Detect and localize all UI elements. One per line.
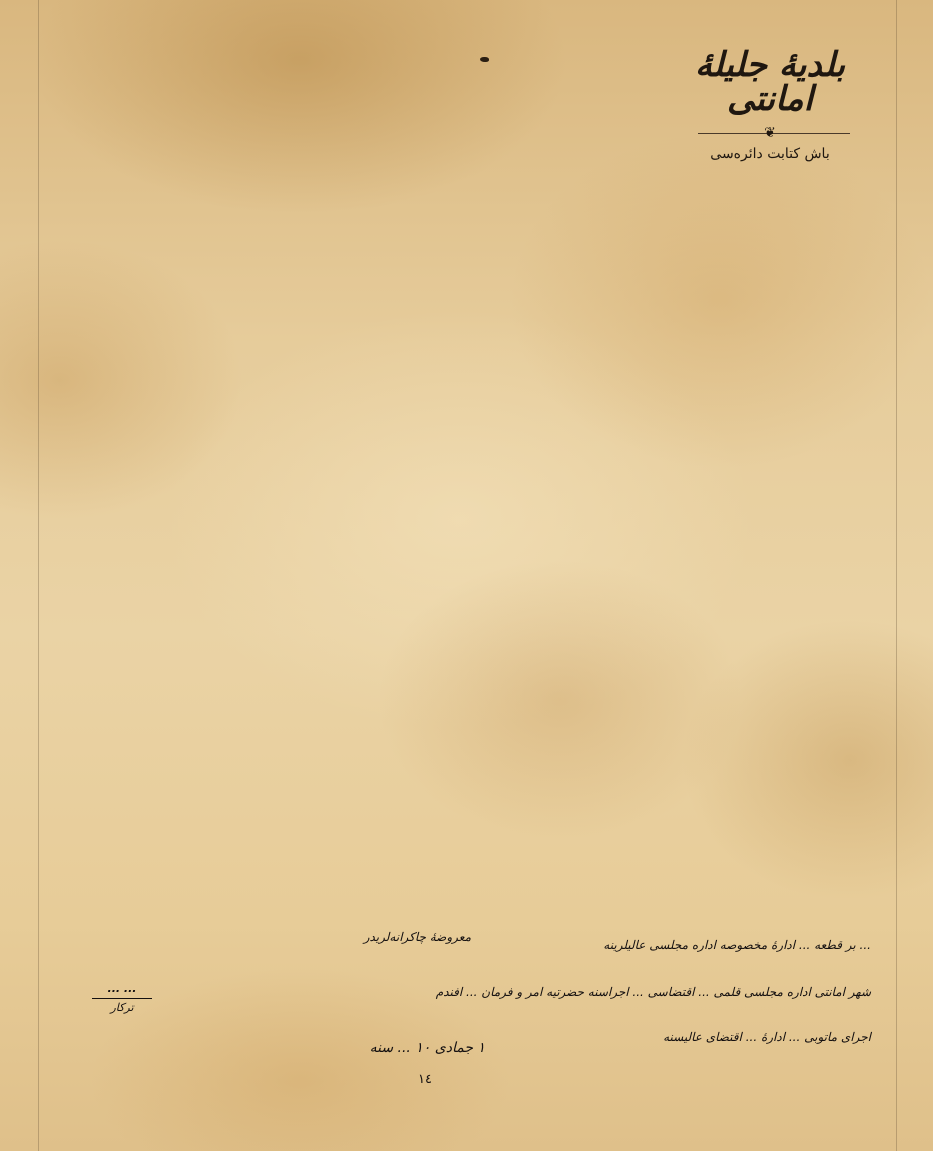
letterhead-subtitle: باش کتابت دائره‌سی bbox=[690, 146, 850, 162]
body-line: شهر امانتی اداره مجلسی قلمی ... اقتضاسی … bbox=[181, 985, 871, 999]
left-margin-line bbox=[38, 0, 39, 1151]
body-line: اجرای ماتوبی ... ادارهٔ ... اقتضای عالیس… bbox=[136, 1030, 871, 1044]
letterhead: بلدیهٔ جلیلهٔ امانتی ❦ باش کتابت دائره‌س… bbox=[690, 48, 850, 162]
date-number: ١٤ bbox=[418, 1072, 432, 1087]
signature-name: ... ... bbox=[92, 980, 152, 999]
signature-title: ترکار bbox=[92, 999, 152, 1017]
signature-block: ... ... ترکار bbox=[92, 980, 152, 1017]
flourish-icon: ❦ bbox=[764, 126, 776, 140]
letterhead-ornament: ❦ bbox=[690, 126, 850, 140]
date-line: ١ جمادی ١٠ ... سنه bbox=[310, 1040, 485, 1056]
body-line: ... بر قطعه ... ادارهٔ مخصوصه اداره مجلس… bbox=[41, 938, 871, 952]
ink-speck bbox=[480, 57, 489, 62]
letterhead-title: بلدیهٔ جلیلهٔ امانتی bbox=[690, 48, 850, 116]
right-margin-line bbox=[896, 0, 897, 1151]
